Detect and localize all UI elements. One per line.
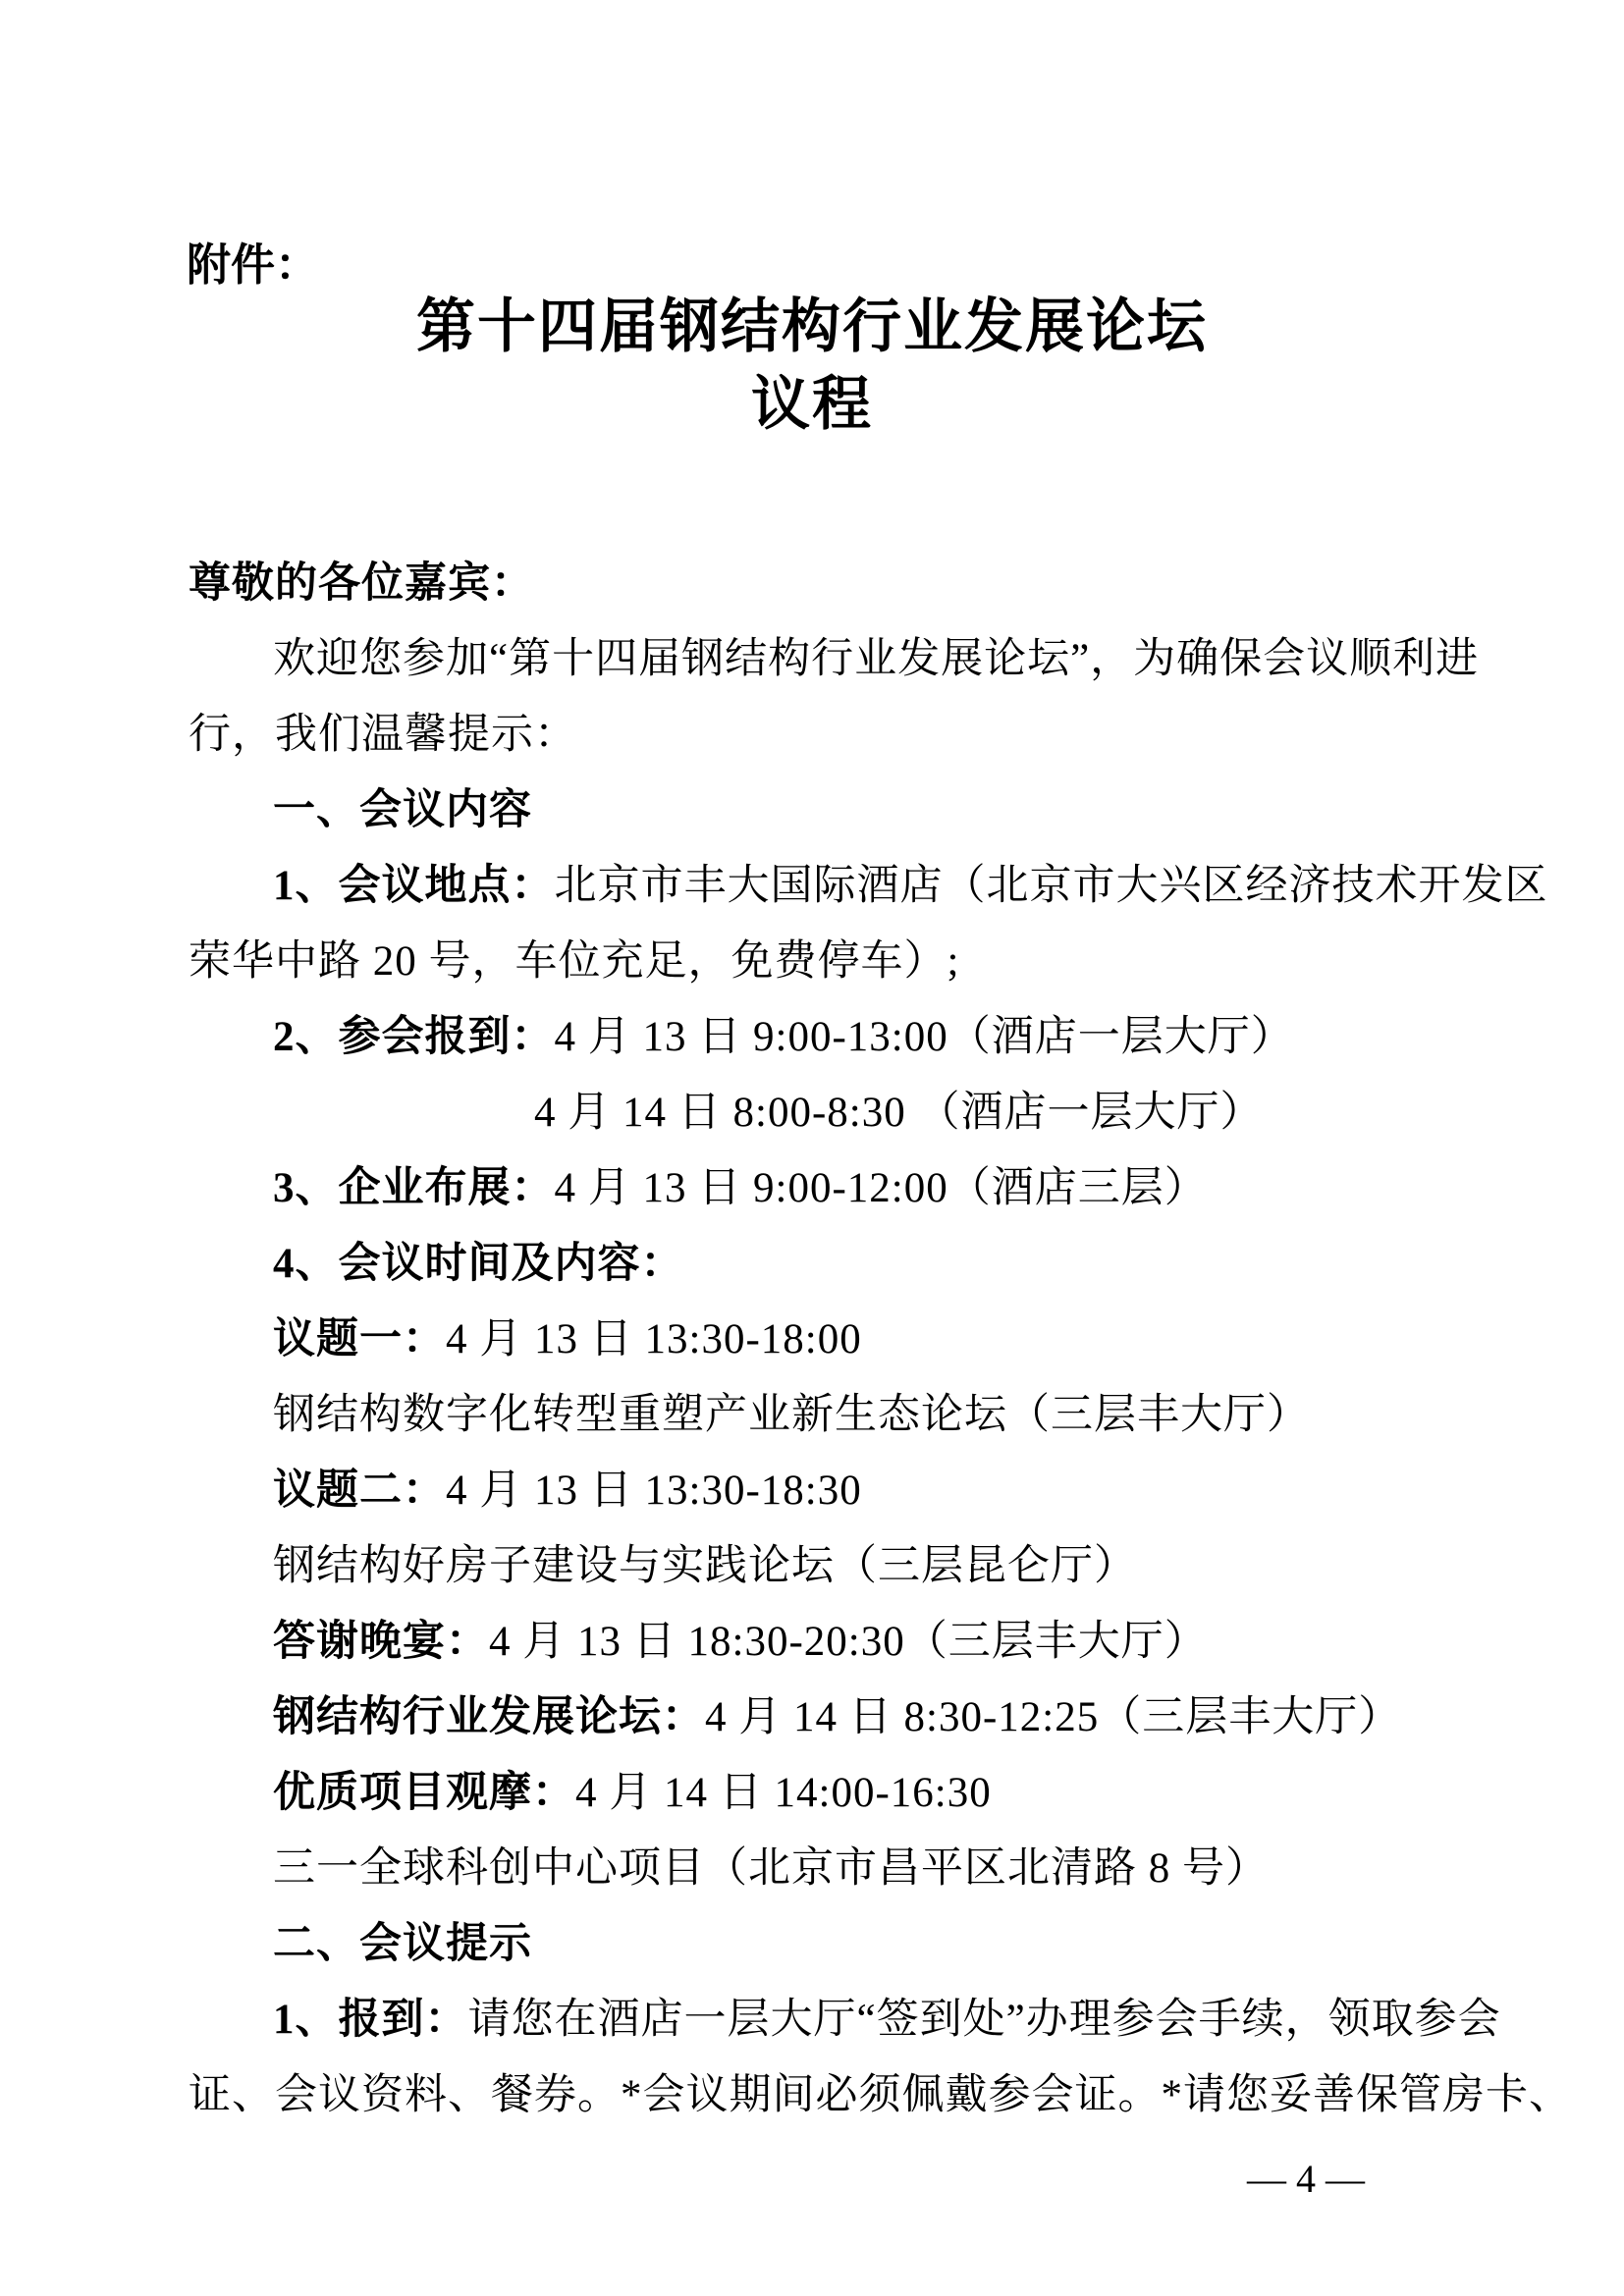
topic2-label: 议题二： xyxy=(273,1468,446,1514)
exhibition-line: 3、企业布展：4 月 13 日 9:00-12:00（酒店三层） xyxy=(189,1150,1451,1226)
document-body: 尊敬的各位嘉宾： 欢迎您参加“第十四届钢结构行业发展论坛”，为确保会议顺利进 行… xyxy=(189,546,1451,2133)
intro-line-2: 行，我们温馨提示： xyxy=(189,697,1451,773)
topic1-time: 4 月 13 日 13:30-18:00 xyxy=(446,1316,862,1362)
forum-label: 钢结构行业发展论坛： xyxy=(273,1694,705,1740)
site-visit-label: 优质项目观摩： xyxy=(273,1770,575,1816)
site-visit-time: 4 月 14 日 14:00-16:30 xyxy=(575,1770,992,1816)
topic1-desc: 钢结构数字化转型重塑产业新生态论坛（三层丰大厅） xyxy=(189,1377,1451,1453)
page-number: — 4 — xyxy=(1247,2156,1365,2203)
document-title-block: 第十四届钢结构行业发展论坛 议程 xyxy=(0,289,1624,444)
exhibition-label: 3、企业布展： xyxy=(273,1165,555,1211)
forum-time: 4 月 14 日 8:30-12:25（三层丰大厅） xyxy=(705,1694,1401,1740)
topic2-desc: 钢结构好房子建设与实践论坛（三层昆仑厅） xyxy=(189,1528,1451,1604)
registration-label: 2、参会报到： xyxy=(273,1014,555,1060)
registration-text: 4 月 13 日 9:00-13:00（酒店一层大厅） xyxy=(555,1014,1294,1060)
banquet-label: 答谢晚宴： xyxy=(273,1619,489,1665)
intro-line-1: 欢迎您参加“第十四届钢结构行业发展论坛”，为确保会议顺利进 xyxy=(189,621,1451,697)
checkin-line: 1、报到：请您在酒店一层大厅“签到处”办理参会手续，领取参会 xyxy=(189,1982,1451,2057)
topic2-time: 4 月 13 日 13:30-18:30 xyxy=(446,1468,862,1514)
site-visit-desc: 三一全球科创中心项目（北京市昌平区北清路 8 号） xyxy=(189,1831,1451,1906)
venue-continuation: 荣华中路 20 号，车位充足，免费停车）; xyxy=(189,924,1451,999)
salutation: 尊敬的各位嘉宾： xyxy=(189,546,1451,621)
section2-heading: 二、会议提示 xyxy=(189,1906,1451,1982)
checkin-text: 请您在酒店一层大厅“签到处”办理参会手续，领取参会 xyxy=(468,1997,1501,2043)
section1-heading: 一、会议内容 xyxy=(189,773,1451,848)
registration-continuation: 4 月 14 日 8:00-8:30 （酒店一层大厅） xyxy=(189,1075,1451,1150)
registration-line: 2、参会报到：4 月 13 日 9:00-13:00（酒店一层大厅） xyxy=(189,999,1451,1075)
venue-text: 北京市丰大国际酒店（北京市大兴区经济技术开发区 xyxy=(555,863,1548,909)
document-subtitle: 议程 xyxy=(0,366,1624,444)
attachment-label: 附件： xyxy=(187,238,319,293)
site-visit-line: 优质项目观摩：4 月 14 日 14:00-16:30 xyxy=(189,1755,1451,1831)
document-title: 第十四届钢结构行业发展论坛 xyxy=(0,289,1624,366)
topic1-line: 议题一：4 月 13 日 13:30-18:00 xyxy=(189,1302,1451,1377)
venue-label: 1、会议地点： xyxy=(273,863,555,909)
banquet-line: 答谢晚宴：4 月 13 日 18:30-20:30（三层丰大厅） xyxy=(189,1604,1451,1680)
topic1-label: 议题一： xyxy=(273,1316,446,1362)
banquet-time: 4 月 13 日 18:30-20:30（三层丰大厅） xyxy=(489,1619,1208,1665)
topic2-line: 议题二：4 月 13 日 13:30-18:30 xyxy=(189,1453,1451,1528)
agenda-document-page: 附件： 第十四届钢结构行业发展论坛 议程 尊敬的各位嘉宾： 欢迎您参加“第十四届… xyxy=(0,0,1624,2296)
forum-line: 钢结构行业发展论坛：4 月 14 日 8:30-12:25（三层丰大厅） xyxy=(189,1680,1451,1755)
exhibition-text: 4 月 13 日 9:00-12:00（酒店三层） xyxy=(555,1165,1208,1211)
checkin-label: 1、报到： xyxy=(273,1997,468,2043)
schedule-heading: 4、会议时间及内容： xyxy=(189,1226,1451,1302)
checkin-continuation: 证、会议资料、餐券。*会议期间必须佩戴参会证。*请您妥善保管房卡、 xyxy=(189,2057,1451,2133)
venue-line: 1、会议地点：北京市丰大国际酒店（北京市大兴区经济技术开发区 xyxy=(189,848,1451,924)
